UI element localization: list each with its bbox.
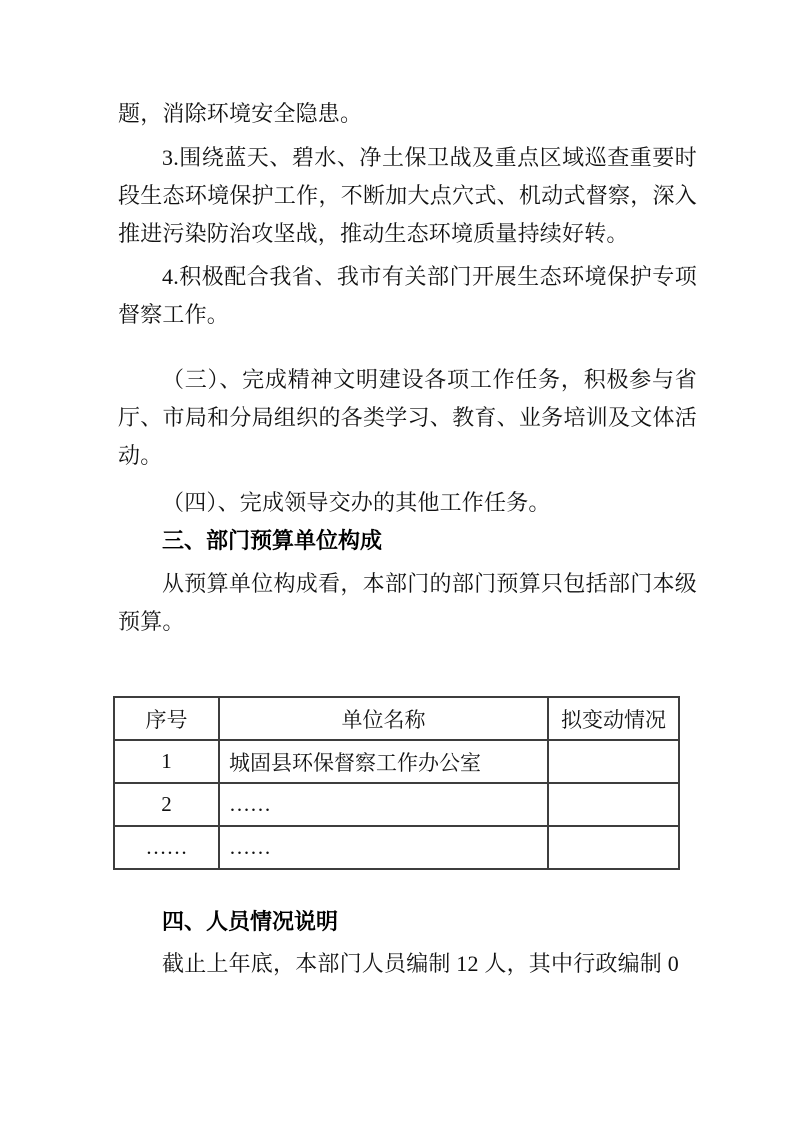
cell-unit-name: 城固县环保督察工作办公室 [219,740,548,783]
table-header-planned-change: 拟变动情况 [548,697,679,740]
budget-units-table: 序号 单位名称 拟变动情况 1 城固县环保督察工作办公室 2 …… …… …… [113,696,680,870]
cell-serial: 1 [114,740,219,783]
paragraph-personnel: 截止上年底，本部门人员编制 12 人，其中行政编制 0 [118,945,697,983]
cell-serial: 2 [114,783,219,826]
paragraph-item-4: 4.积极配合我省、我市有关部门开展生态环境保护专项督察工作。 [118,258,697,334]
paragraph-section-3: （三）、完成精神文明建设各项工作任务，积极参与省厅、市局和分局组织的各类学习、教… [118,361,697,475]
paragraph-carryover: 题，消除环境安全隐患。 [118,95,697,133]
document-page: 题，消除环境安全隐患。 3.围绕蓝天、碧水、净土保卫战及重点区域巡查重要时段生态… [0,0,793,1122]
table-header-serial: 序号 [114,697,219,740]
section-heading-personnel: 四、人员情况说明 [118,903,697,941]
table-row: 2 …… [114,783,679,826]
section-heading-budget-units: 三、部门预算单位构成 [118,522,697,560]
table-row: 1 城固县环保督察工作办公室 [114,740,679,783]
cell-planned-change [548,783,679,826]
cell-planned-change [548,826,679,869]
table-row: …… …… [114,826,679,869]
table-header-unit-name: 单位名称 [219,697,548,740]
table-header-row: 序号 单位名称 拟变动情况 [114,697,679,740]
cell-unit-name: …… [219,826,548,869]
cell-planned-change [548,740,679,783]
paragraph-section-4: （四）、完成领导交办的其他工作任务。 [118,484,697,522]
paragraph-budget-composition: 从预算单位构成看，本部门的部门预算只包括部门本级预算。 [118,565,697,641]
paragraph-item-3: 3.围绕蓝天、碧水、净土保卫战及重点区域巡查重要时段生态环境保护工作，不断加大点… [118,139,697,253]
cell-unit-name: …… [219,783,548,826]
cell-serial: …… [114,826,219,869]
